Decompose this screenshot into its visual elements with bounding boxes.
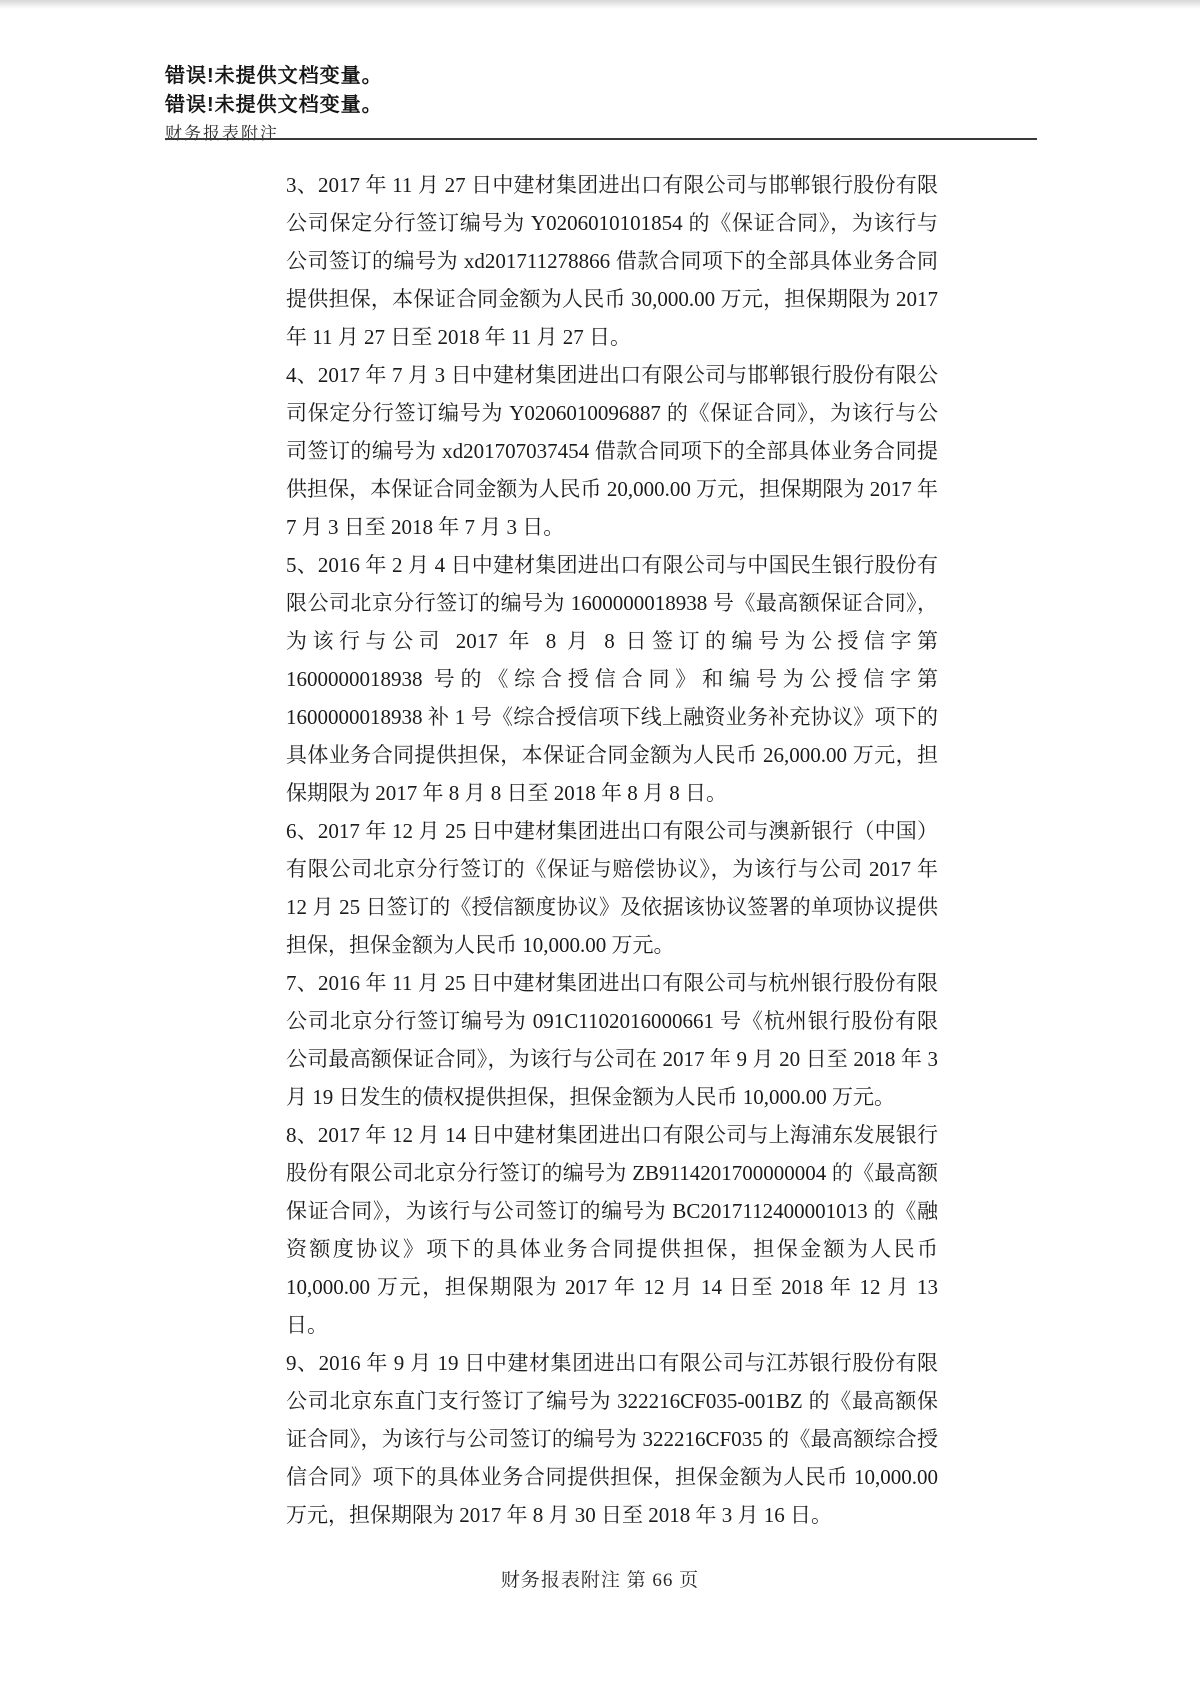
guarantee-item-6: 6、2017 年 12 月 25 日中建材集团进出口有限公司与澳新银行（中国）有… [286, 812, 938, 964]
doc-variable-error-line-1: 错误!未提供文档变量。 [165, 62, 1037, 91]
document-page: { "page": { "header": { "doc_var_line1":… [0, 0, 1200, 1697]
guarantee-item-3: 3、2017 年 11 月 27 日中建材集团进出口有限公司与邯郸银行股份有限公… [286, 166, 938, 356]
header-section-title: 财务报表附注 [165, 122, 1037, 146]
document-body: 3、2017 年 11 月 27 日中建材集团进出口有限公司与邯郸银行股份有限公… [286, 166, 938, 1534]
doc-variable-error-line-2: 错误!未提供文档变量。 [165, 91, 1037, 120]
guarantee-item-8: 8、2017 年 12 月 14 日中建材集团进出口有限公司与上海浦东发展银行股… [286, 1116, 938, 1344]
guarantee-item-7: 7、2016 年 11 月 25 日中建材集团进出口有限公司与杭州银行股份有限公… [286, 964, 938, 1116]
guarantee-item-4: 4、2017 年 7 月 3 日中建材集团进出口有限公司与邯郸银行股份有限公司保… [286, 356, 938, 546]
header-divider-rule [165, 138, 1037, 140]
page-footer: 财务报表附注 第 66 页 [0, 1565, 1200, 1592]
guarantee-item-9: 9、2016 年 9 月 19 日中建材集团进出口有限公司与江苏银行股份有限公司… [286, 1344, 938, 1534]
scan-edge-artifact [0, 0, 1200, 9]
guarantee-item-5: 5、2016 年 2 月 4 日中建材集团进出口有限公司与中国民生银行股份有限公… [286, 546, 938, 812]
page-header: 错误!未提供文档变量。 错误!未提供文档变量。 财务报表附注 [165, 62, 1037, 146]
